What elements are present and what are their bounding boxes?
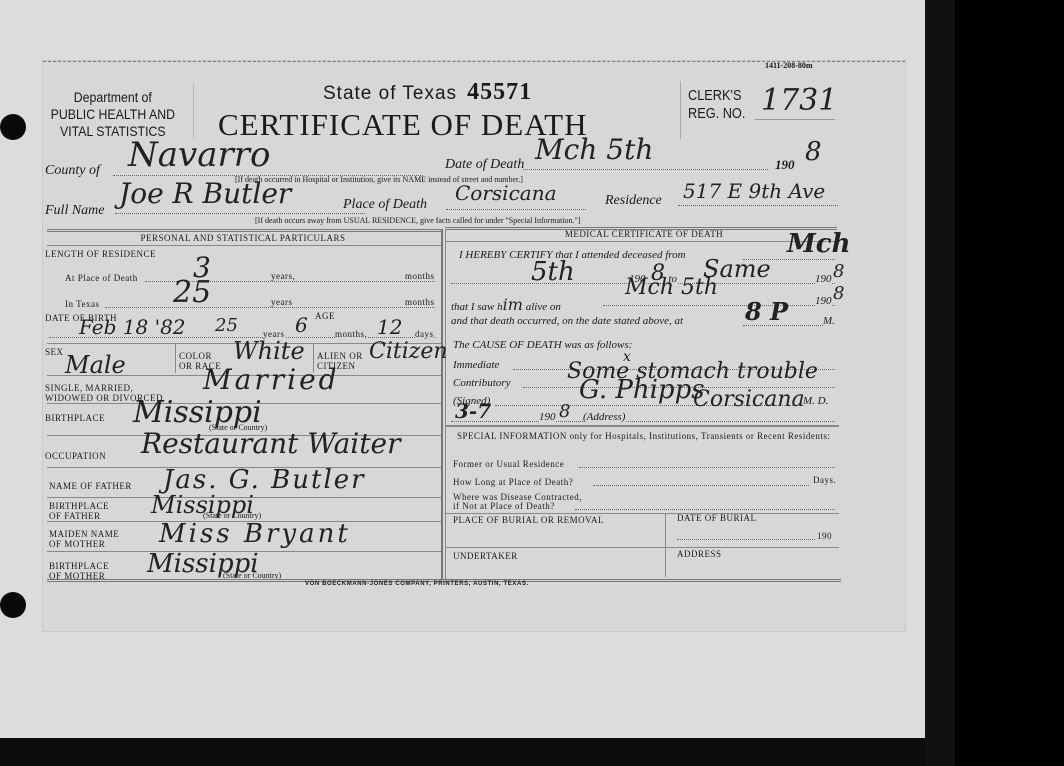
days-label: days [415,329,434,339]
saw-date-value: Mch 5th [625,275,718,300]
immediate-label: Immediate [453,359,499,371]
year-prefix: 190 [815,295,832,307]
clerk-reg-label: CLERK'S REG. NO. [688,87,745,123]
date-of-death-label: Date of Death [445,157,524,173]
department-line: PUBLIC HEALTH AND [49,106,177,123]
county-label: County of [45,163,100,179]
address-label: (Address) [583,411,625,423]
date-of-death-value: Mch 5th [535,133,653,166]
occupation-label: OCCUPATION [45,451,106,461]
year-c-value: 8 [833,283,844,304]
attended-from-day: 5th [531,257,575,287]
scanner-background [0,738,925,766]
label-line: MAIDEN NAME [49,529,119,539]
residence-note: [If death occurs away from USUAL RESIDEN… [255,216,580,225]
attended-from-month: Mch [787,229,851,259]
residence-value: 517 E 9th Ave [683,179,825,203]
special-heading: SPECIAL INFORMATION only for Hospitals, … [457,431,839,442]
former-residence-label: Former or Usual Residence [453,459,564,469]
place-of-death-value: Corsicana [455,181,557,205]
mother-birthplace-label: BIRTHPLACEOF MOTHER [49,561,109,581]
months-label: months, [335,329,367,339]
county-value: Navarro [128,135,270,175]
label-line: BIRTHPLACE [49,561,109,571]
months-label: months [405,297,435,307]
dob-value: Feb 18 '82 [79,315,186,339]
mother-name-value: Miss Bryant [159,519,351,549]
department-line: Department of [49,89,177,106]
cause-heading: The CAUSE OF DEATH was as follows: [453,339,632,351]
signed-year-value: 8 [559,401,570,422]
year-suffix: 8 [805,137,822,167]
age-days: 12 [377,315,402,339]
label-line: OF FATHER [49,511,109,521]
page-title: CERTIFICATE OF DEATH [218,107,587,143]
form-code: 1411-208-80m [765,61,813,70]
age-years: 25 [215,315,238,336]
alive-on-label: alive on [526,301,561,313]
alien-label-line: ALIEN OR [317,351,363,361]
in-texas-label: In Texas [65,299,99,309]
certificate-number: 45571 [467,79,532,105]
where-contracted-label: Where was Disease Contracted,if Not at P… [453,493,582,511]
death-certificate-form: Department of PUBLIC HEALTH AND VITAL ST… [42,60,906,632]
burial-year-prefix: 190 [817,531,832,541]
place-of-death-label: Place of Death [343,197,427,213]
marital-value: Married [203,363,340,396]
saw-pronoun: im [503,295,523,314]
label-line: if Not at Place of Death? [453,502,582,511]
clerk-label-line: REG. NO. [688,105,745,123]
year-b-value: 8 [833,261,844,282]
full-name-label: Full Name [45,203,105,219]
undertaker-label: UNDERTAKER [453,551,518,561]
punch-hole [0,592,26,618]
years-label: years, [271,271,295,281]
father-birthplace-label: BIRTHPLACEOF FATHER [49,501,109,521]
undertaker-address-label: ADDRESS [677,549,722,559]
sex-label: SEX [45,347,64,357]
at-place-label: At Place of Death [65,273,138,283]
signed-value: G. Phipps [579,375,705,405]
state-heading: State of Texas45571 [323,79,532,106]
contributory-label: Contributory [453,377,510,389]
document-sheet: Department of PUBLIC HEALTH AND VITAL ST… [0,0,925,738]
printer-credit: VON BOECKMANN-JONES COMPANY, PRINTERS, A… [305,581,529,587]
year-prefix: 190 [539,411,556,423]
medical-heading: MEDICAL CERTIFICATE OF DEATH [449,229,839,239]
label-line: OF MOTHER [49,539,119,549]
years-label: years [271,297,293,307]
year-prefix: 190 [775,157,795,173]
clerk-label-line: CLERK'S [688,87,745,105]
clerk-reg-number: 1731 [761,83,837,118]
address-value: Corsicana [693,387,805,412]
punch-hole [0,114,26,140]
personal-heading: PERSONAL AND STATISTICAL PARTICULARS [53,233,433,243]
department-label: Department of PUBLIC HEALTH AND VITAL ST… [49,89,177,140]
full-name-value: Joe R Butler [119,177,291,210]
state-label: State of Texas [323,83,457,104]
in-texas-years: 25 [173,275,211,310]
length-of-residence-label: LENGTH OF RESIDENCE [45,249,156,259]
signed-date: 3-7 [455,399,491,423]
saw-text: that I saw him alive on [451,295,561,314]
birthplace-label: BIRTHPLACE [45,413,105,423]
death-time-value: 8 P [745,297,788,326]
burial-date-label: DATE OF BURIAL [677,513,757,523]
md-label: M. D. [803,395,828,407]
father-name-label: NAME OF FATHER [49,481,132,491]
label-line: BIRTHPLACE [49,501,109,511]
color-label-line: COLOR [179,351,221,361]
days-label: Days. [813,475,836,485]
marital-label-line: SINGLE, MARRIED, [45,383,163,393]
months-label: months [405,271,435,281]
residence-label: Residence [605,193,662,209]
age-label: AGE [315,311,335,321]
death-time-text: and that death occurred, on the date sta… [451,315,683,327]
year-prefix: 190 [815,273,832,285]
burial-place-label: PLACE OF BURIAL OR REMOVAL [453,515,604,525]
mother-name-label: MAIDEN NAMEOF MOTHER [49,529,119,549]
scanner-background [925,0,955,766]
alien-value: Citizen [369,339,448,364]
occupation-value: Restaurant Waiter [141,427,400,460]
m-label: M. [823,315,835,327]
color-value: White [233,337,305,365]
how-long-label: How Long at Place of Death? [453,477,573,487]
age-months: 6 [295,313,308,337]
saw-label: that I saw h [451,301,503,313]
